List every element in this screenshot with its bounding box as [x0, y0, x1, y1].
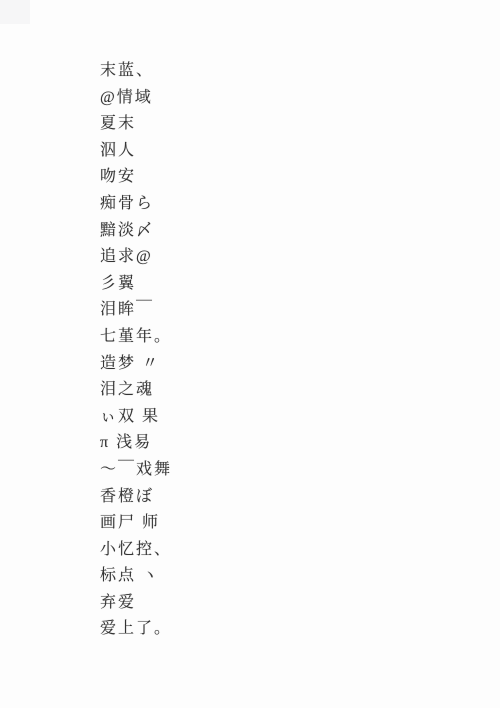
name-list-line: 彡翼	[100, 271, 460, 298]
name-list-line: 香橙ぼ	[100, 484, 460, 511]
document-page: 末蓝、@情域夏末泅人吻安痴骨ら黯淡〆追求@彡翼泪眸￣七堇年。造梦 〃泪之魂ぃ双 …	[0, 0, 500, 708]
name-list-line: 小忆控、	[100, 537, 460, 564]
name-list-line: ぃ双 果	[100, 404, 460, 431]
page-corner-smudge	[0, 0, 30, 24]
name-list-line: 画尸 师	[100, 510, 460, 537]
name-list-line: π 浅易	[100, 430, 460, 457]
name-list-line: 造梦 〃	[100, 351, 460, 378]
name-list-line: 痴骨ら	[100, 191, 460, 218]
name-list-line: 追求@	[100, 244, 460, 271]
name-list-line: 爱上了。	[100, 616, 460, 643]
name-list-line: 夏末	[100, 111, 460, 138]
name-list-line: 黯淡〆	[100, 218, 460, 245]
name-list-line: 末蓝、	[100, 58, 460, 85]
name-list: 末蓝、@情域夏末泅人吻安痴骨ら黯淡〆追求@彡翼泪眸￣七堇年。造梦 〃泪之魂ぃ双 …	[100, 58, 460, 643]
name-list-line: 泪之魂	[100, 377, 460, 404]
name-list-line: 泪眸￣	[100, 297, 460, 324]
name-list-line: 〜￣戏舞	[100, 457, 460, 484]
name-list-line: @情域	[100, 85, 460, 112]
name-list-line: 吻安	[100, 164, 460, 191]
name-list-line: 七堇年。	[100, 324, 460, 351]
name-list-line: 标点 ヽ	[100, 563, 460, 590]
name-list-line: 泅人	[100, 138, 460, 165]
name-list-line: 弃爱	[100, 590, 460, 617]
